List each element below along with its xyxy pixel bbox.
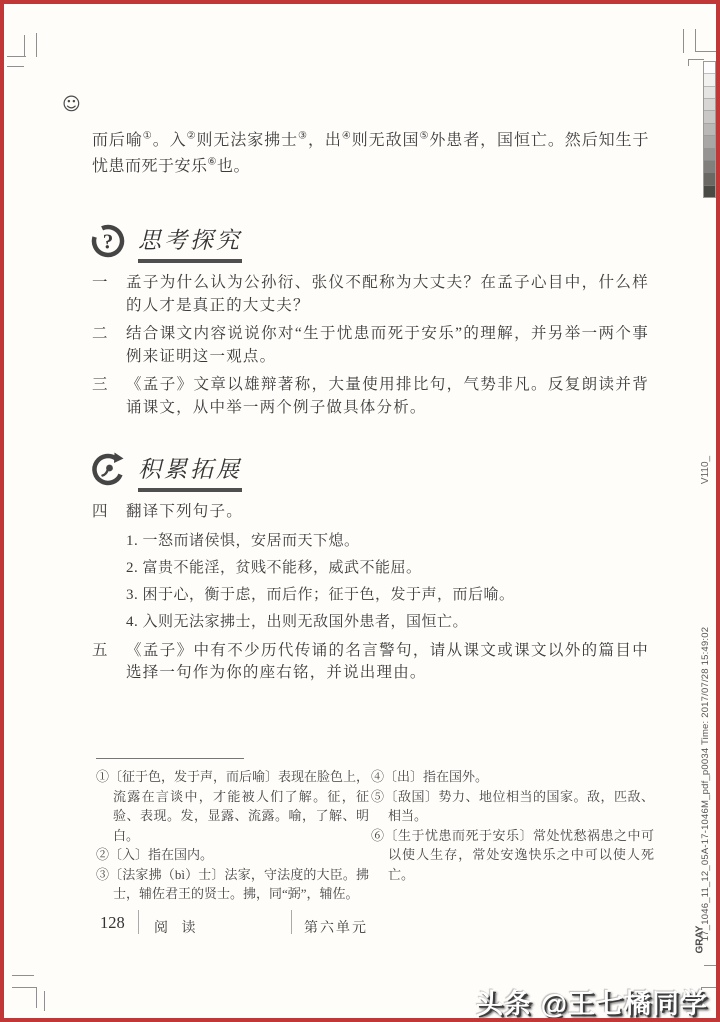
question-text: 《孟子》中有不少历代传诵的名言警句，请从课文或课文以外的篇目中选择一句作为你的座… bbox=[126, 640, 649, 685]
section-title-underline bbox=[138, 488, 242, 492]
footnote: ③〔法家拂（bì）士〕法家，守法度的大臣。拂士，辅佐君王的贤士。拂，同“弼”，辅… bbox=[96, 865, 369, 904]
question-item: 二 结合课文内容说说你对“生于忧患而死于安乐”的理解，并另举一两个事例来证明这一… bbox=[92, 323, 649, 368]
crop-mark bbox=[695, 51, 717, 52]
question-number: 五 bbox=[92, 640, 126, 685]
footer-unit-label: 第六单元 bbox=[304, 917, 368, 937]
translation-sentence: 1. 一怒而诸侯惧，安居而天下熄。 bbox=[126, 528, 649, 555]
grayscale-step bbox=[704, 161, 715, 173]
question-text: 《孟子》文章以雄辩著称，大量使用排比句，气势非凡。反复朗读并背诵课文，从中举一两… bbox=[126, 374, 649, 419]
crop-mark bbox=[36, 987, 37, 1008]
print-code-top: V110_ bbox=[699, 453, 711, 487]
section-title: 思考探究 bbox=[138, 222, 242, 255]
grayscale-step bbox=[704, 186, 715, 197]
body-text-continued: 而后喻①。入②则无法家拂士③，出④则无敌国⑤外患者，国恒亡。然后知生于忧患而死于… bbox=[92, 128, 649, 180]
grayscale-step bbox=[704, 136, 715, 148]
print-code-bottom: 17_1046_11_12_05A-17-1046M_pdf_p0034 Tim… bbox=[699, 608, 711, 960]
footnote: ①〔征于色，发于声，而后喻〕表现在脸色上，流露在言谈中，才能被人们了解。征，征验… bbox=[96, 767, 369, 845]
textbook-page: ☺ 而后喻①。入②则无法家拂士③，出④则无敌国⑤外患者，国恒亡。然后知生于忧患而… bbox=[0, 0, 720, 1022]
grayscale-calibration-bar bbox=[703, 61, 716, 198]
crop-mark bbox=[695, 29, 696, 52]
section-header-accumulate-expand: 积累拓展 bbox=[90, 451, 242, 492]
footnote: ④〔出〕指在国外。 bbox=[371, 767, 654, 787]
question-number: 三 bbox=[92, 374, 126, 419]
question-item: 一 孟子为什么认为公孙衍、张仪不配称为大丈夫？在孟子心目中，什么样的人才是真正的… bbox=[92, 272, 649, 317]
crop-mark bbox=[688, 59, 689, 66]
translation-sentence-list: 1. 一怒而诸侯惧，安居而天下熄。 2. 富贵不能淫，贫贱不能移，威武不能屈。 … bbox=[126, 528, 649, 636]
footer-divider bbox=[291, 910, 292, 934]
accumulate-expand-items: 四 翻译下列句子。 1. 一怒而诸侯惧，安居而天下熄。 2. 富贵不能淫，贫贱不… bbox=[92, 501, 649, 691]
question-text: 结合课文内容说说你对“生于忧患而死于安乐”的理解，并另举一两个事例来证明这一观点… bbox=[126, 323, 649, 368]
crop-mark bbox=[24, 35, 25, 57]
question-item: 四 翻译下列句子。 bbox=[92, 501, 649, 524]
translation-sentence: 4. 入则无法家拂士，出则无敌国外患者，国恒亡。 bbox=[126, 609, 649, 636]
grayscale-step bbox=[704, 62, 715, 74]
crop-mark bbox=[44, 991, 45, 1011]
grayscale-step bbox=[704, 74, 715, 86]
grayscale-step bbox=[704, 149, 715, 161]
right-margin-rule bbox=[716, 216, 717, 966]
question-number: 一 bbox=[92, 272, 126, 317]
footer-divider bbox=[138, 910, 139, 934]
watermark-text: 头条 @王七橘同学 bbox=[476, 982, 708, 1021]
section-header-think-explore: ? 思考探究 bbox=[90, 222, 242, 263]
footnote: ⑤〔敌国〕势力、地位相当的国家。敌，匹敌、相当。 bbox=[371, 787, 654, 826]
crop-mark bbox=[688, 59, 704, 60]
footnote-column-left: ①〔征于色，发于声，而后喻〕表现在脸色上，流露在言谈中，才能被人们了解。征，征验… bbox=[96, 767, 369, 904]
footer-reading-label: 阅 读 bbox=[154, 917, 201, 937]
crop-mark bbox=[7, 56, 26, 57]
section-title: 积累拓展 bbox=[138, 451, 242, 484]
translation-sentence: 3. 困于心，衡于虑，而后作；征于色，发于声，而后喻。 bbox=[126, 582, 649, 609]
grayscale-step bbox=[704, 173, 715, 185]
question-item: 三 《孟子》文章以雄辩著称，大量使用排比句，气势非凡。反复朗读并背诵课文，从中举… bbox=[92, 374, 649, 419]
question-circle-icon: ? bbox=[90, 222, 126, 258]
footnote-divider bbox=[96, 758, 244, 759]
smiley-icon: ☺ bbox=[62, 94, 81, 115]
grayscale-step bbox=[704, 124, 715, 136]
grayscale-step bbox=[704, 111, 715, 123]
cycle-arrow-icon bbox=[90, 451, 126, 487]
crop-mark bbox=[12, 987, 36, 988]
grayscale-step bbox=[704, 87, 715, 99]
footnote-column-right: ④〔出〕指在国外。 ⑤〔敌国〕势力、地位相当的国家。敌，匹敌、相当。 ⑥〔生于忧… bbox=[371, 767, 654, 884]
crop-mark bbox=[36, 33, 37, 57]
question-text: 翻译下列句子。 bbox=[126, 501, 649, 524]
crop-mark bbox=[683, 29, 684, 53]
question-item: 五 《孟子》中有不少历代传诵的名言警句，请从课文或课文以外的篇目中选择一句作为你… bbox=[92, 640, 649, 685]
think-explore-items: 一 孟子为什么认为公孙衍、张仪不配称为大丈夫？在孟子心目中，什么样的人才是真正的… bbox=[92, 272, 649, 425]
svg-text:?: ? bbox=[103, 230, 114, 254]
grayscale-step bbox=[704, 99, 715, 111]
question-number: 二 bbox=[92, 323, 126, 368]
page-number: 128 bbox=[100, 913, 125, 933]
crop-mark bbox=[12, 975, 34, 976]
translation-sentence: 2. 富贵不能淫，贫贱不能移，威武不能屈。 bbox=[126, 555, 649, 582]
question-text: 孟子为什么认为公孙衍、张仪不配称为大丈夫？在孟子心目中，什么样的人才是真正的大丈… bbox=[126, 272, 649, 317]
footnote: ②〔入〕指在国内。 bbox=[96, 845, 369, 865]
section-title-underline bbox=[138, 259, 242, 263]
print-colorspace-label: GRAY bbox=[695, 925, 706, 955]
footnote: ⑥〔生于忧患而死于安乐〕常处忧愁祸患之中可以使人生存，常处安逸快乐之中可以使人死… bbox=[371, 826, 654, 885]
question-number: 四 bbox=[92, 501, 126, 524]
crop-mark bbox=[7, 66, 24, 67]
